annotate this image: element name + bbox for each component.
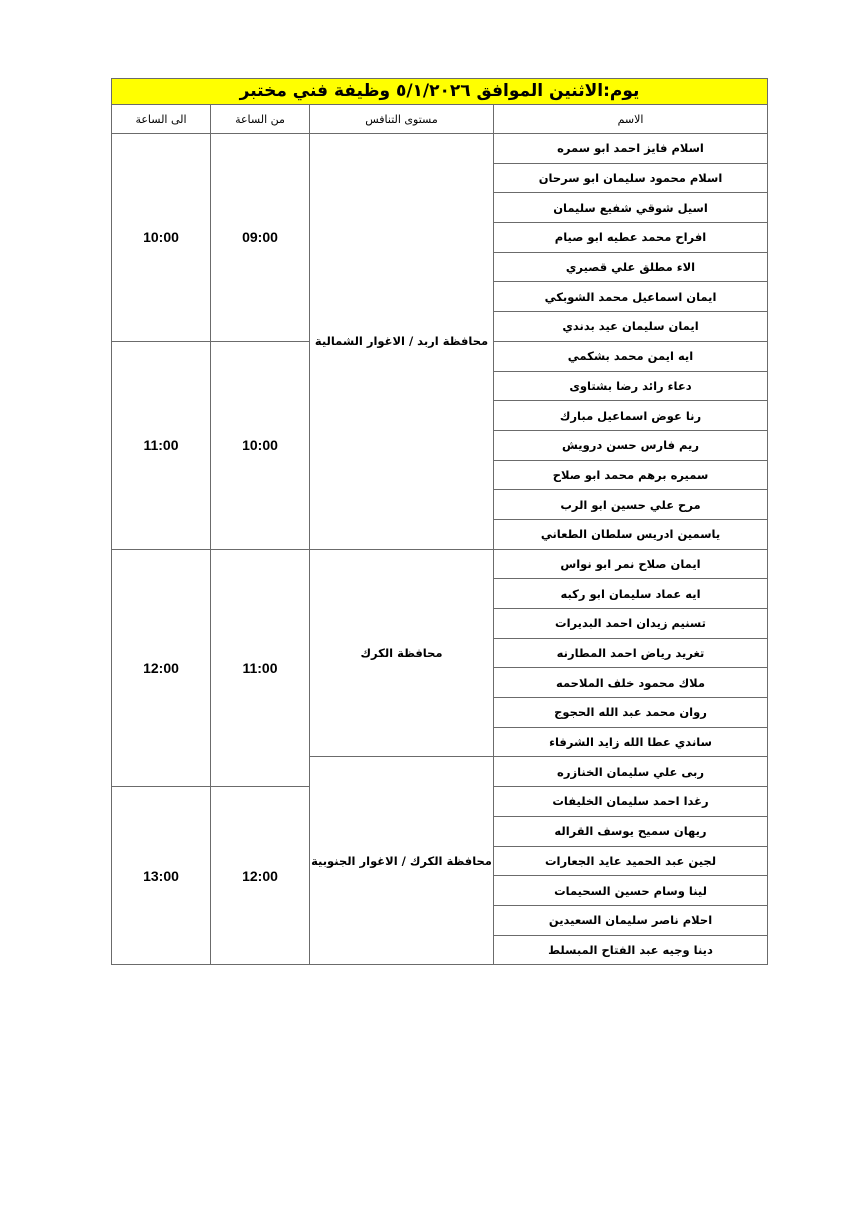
to-time: 13:00: [112, 787, 211, 965]
schedule-table: يوم:الاثنين الموافق ٥/١/٢٠٢٦ وظيفة فني م…: [111, 78, 768, 965]
page-title: يوم:الاثنين الموافق ٥/١/٢٠٢٦ وظيفة فني م…: [112, 79, 768, 105]
candidate-name: لجين عبد الحميد عايد الجعارات: [494, 846, 768, 876]
candidate-name: مرح علي حسين ابو الرب: [494, 490, 768, 520]
to-time: 12:00: [112, 549, 211, 787]
from-time: 09:00: [211, 134, 310, 342]
competition-region: محافظة الكرك: [310, 549, 494, 757]
candidate-name: ساندي عطا الله زايد الشرفاء: [494, 727, 768, 757]
from-time: 11:00: [211, 549, 310, 787]
candidate-name: تسنيم زيدان احمد البديرات: [494, 609, 768, 639]
from-time: 10:00: [211, 341, 310, 549]
candidate-name: ايه عماد سليمان ابو ركبه: [494, 579, 768, 609]
candidate-name: سميره برهم محمد ابو صلاح: [494, 460, 768, 490]
competition-region: محافظة الكرك / الاغوار الجنوبية: [310, 757, 494, 965]
header-row: الاسم مستوى التنافس من الساعة الى الساعة: [112, 105, 768, 134]
candidate-name: دعاء رائد رضا بشتاوى: [494, 371, 768, 401]
candidate-name: رنا عوض اسماعيل مبارك: [494, 401, 768, 431]
candidate-name: ايمان سليمان عيد بدندي: [494, 312, 768, 342]
candidate-name: ريم فارس حسن درويش: [494, 430, 768, 460]
title-row: يوم:الاثنين الموافق ٥/١/٢٠٢٦ وظيفة فني م…: [112, 79, 768, 105]
candidate-name: افراح محمد عطيه ابو صيام: [494, 223, 768, 253]
candidate-name: ربى علي سليمان الخنازره: [494, 757, 768, 787]
candidate-name: دينا وجيه عبد الفتاح المبسلط: [494, 935, 768, 965]
candidate-name: ياسمين ادريس سلطان الطعاني: [494, 519, 768, 549]
candidate-name: اسيل شوقي شفيع سليمان: [494, 193, 768, 223]
candidate-name: ملاك محمود خلف الملاحمه: [494, 668, 768, 698]
candidate-name: ايمان صلاح نمر ابو نواس: [494, 549, 768, 579]
table-row: اسلام فايز احمد ابو سمرهمحافظة اربد / ال…: [112, 134, 768, 164]
candidate-name: ايمان اسماعيل محمد الشوبكي: [494, 282, 768, 312]
candidate-name: رغدا احمد سليمان الخليفات: [494, 787, 768, 817]
candidate-name: اسلام محمود سليمان ابو سرحان: [494, 163, 768, 193]
header-from-time: من الساعة: [211, 105, 310, 134]
candidate-name: تغريد رياض احمد المطارنه: [494, 638, 768, 668]
to-time: 10:00: [112, 134, 211, 342]
header-region: مستوى التنافس: [310, 105, 494, 134]
candidate-name: لينا وسام حسين السحيمات: [494, 876, 768, 906]
to-time: 11:00: [112, 341, 211, 549]
from-time: 12:00: [211, 787, 310, 965]
candidate-name: روان محمد عبد الله الحجوج: [494, 698, 768, 728]
candidate-name: اسلام فايز احمد ابو سمره: [494, 134, 768, 164]
candidate-name: ريهان سميح يوسف القراله: [494, 816, 768, 846]
candidate-name: الاء مطلق علي قصيري: [494, 252, 768, 282]
header-name: الاسم: [494, 105, 768, 134]
schedule-sheet: يوم:الاثنين الموافق ٥/١/٢٠٢٦ وظيفة فني م…: [111, 78, 767, 965]
candidate-name: احلام ناصر سليمان السعيدين: [494, 905, 768, 935]
header-to-time: الى الساعة: [112, 105, 211, 134]
table-row: ايمان صلاح نمر ابو نواسمحافظة الكرك11:00…: [112, 549, 768, 579]
candidate-name: ايه ايمن محمد بشكمي: [494, 341, 768, 371]
competition-region: محافظة اربد / الاغوار الشمالية: [310, 134, 494, 550]
